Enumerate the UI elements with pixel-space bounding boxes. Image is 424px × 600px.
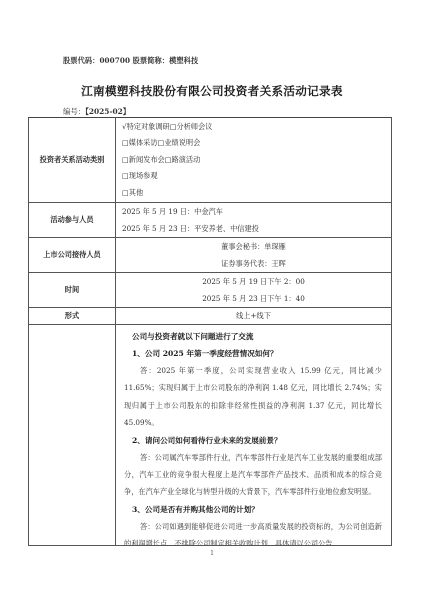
- format-label: 形式: [29, 308, 116, 325]
- participants-label: 活动参与人员: [29, 203, 116, 238]
- category-option-specific-research: √特定对象调研□分析师会议: [116, 119, 391, 136]
- content-value: 公司与投资者就以下问题进行了交流 1、公司 2025 年第一季度经营情况如何？ …: [116, 325, 392, 546]
- reception-label: 上市公司接待人员: [29, 238, 116, 273]
- category-label: 投资者关系活动类别: [29, 118, 116, 203]
- category-option-other: □其他: [116, 185, 391, 202]
- qa-section: 公司与投资者就以下问题进行了交流 1、公司 2025 年第一季度经营情况如何？ …: [116, 325, 391, 545]
- time-line: 2025 年 5 月 19 日下午 2：00: [116, 273, 391, 290]
- time-line: 2025 年 5 月 23 日下午 1：40: [116, 290, 391, 307]
- serial-value: 【2025-02】: [85, 107, 130, 116]
- stock-code-line: 股票代码：000700 股票简称：模塑科技: [63, 56, 198, 66]
- answer-2: 答：公司属汽车零部件行业，汽车零部件行业是汽车工业发展的重要组成部分，汽车工业的…: [124, 449, 382, 501]
- serial-number: 编号：【2025-02】: [63, 106, 130, 117]
- table-row-category: 投资者关系活动类别 √特定对象调研□分析师会议 □媒体采访□业绩说明会 □新闻发…: [29, 118, 392, 203]
- answer-1: 答：2025 年第一季度，公司实现营业收入 15.99 亿元，同比减少 11.6…: [124, 362, 382, 432]
- category-options: √特定对象调研□分析师会议 □媒体采访□业绩说明会 □新闻发布会□路演活动 □现…: [116, 118, 392, 203]
- category-option-media: □媒体采访□业绩说明会: [116, 135, 391, 152]
- reception-line: 证券事务代表：王晖: [116, 255, 391, 272]
- table-row-reception: 上市公司接待人员 董事会秘书：单琛雁 证券事务代表：王晖: [29, 238, 392, 273]
- participants-line: 2025 年 5 月 19 日：中金汽车: [116, 203, 391, 220]
- table-row-participants: 活动参与人员 2025 年 5 月 19 日：中金汽车 2025 年 5 月 2…: [29, 203, 392, 238]
- question-2: 2、请问公司如何看待行业未来的发展前景？: [124, 432, 382, 449]
- table-row-format: 形式 线上+线下: [29, 308, 392, 325]
- reception-line: 董事会秘书：单琛雁: [116, 238, 391, 255]
- serial-label: 编号：: [63, 107, 85, 116]
- time-label: 时间: [29, 273, 116, 308]
- document-title: 江南模塑科技股份有限公司投资者关系活动记录表: [0, 83, 424, 99]
- qa-intro: 公司与投资者就以下问题进行了交流: [124, 328, 382, 345]
- question-1: 1、公司 2025 年第一季度经营情况如何？: [124, 345, 382, 362]
- category-option-press: □新闻发布会□路演活动: [116, 152, 391, 169]
- category-option-site-visit: □现场参观: [116, 168, 391, 185]
- investor-relations-record-table: 投资者关系活动类别 √特定对象调研□分析师会议 □媒体采访□业绩说明会 □新闻发…: [28, 117, 392, 546]
- format-value: 线上+线下: [116, 308, 392, 325]
- table-row-time: 时间 2025 年 5 月 19 日下午 2：00 2025 年 5 月 23 …: [29, 273, 392, 308]
- answer-3: 答：公司如遇到能够促进公司进一步高质量发展的投资标的，为公司创造新的利润增长点，…: [124, 518, 382, 545]
- participants-value: 2025 年 5 月 19 日：中金汽车 2025 年 5 月 23 日：平安养…: [116, 203, 392, 238]
- time-value: 2025 年 5 月 19 日下午 2：00 2025 年 5 月 23 日下午…: [116, 273, 392, 308]
- reception-value: 董事会秘书：单琛雁 证券事务代表：王晖: [116, 238, 392, 273]
- page-number: 1: [0, 550, 424, 557]
- participants-line: 2025 年 5 月 23 日：平安养老、中信建投: [116, 220, 391, 237]
- content-label: [29, 325, 116, 546]
- question-3: 3、公司是否有并购其他公司的计划？: [124, 501, 382, 518]
- format-text: 线上+线下: [116, 308, 391, 324]
- table-row-content: 公司与投资者就以下问题进行了交流 1、公司 2025 年第一季度经营情况如何？ …: [29, 325, 392, 546]
